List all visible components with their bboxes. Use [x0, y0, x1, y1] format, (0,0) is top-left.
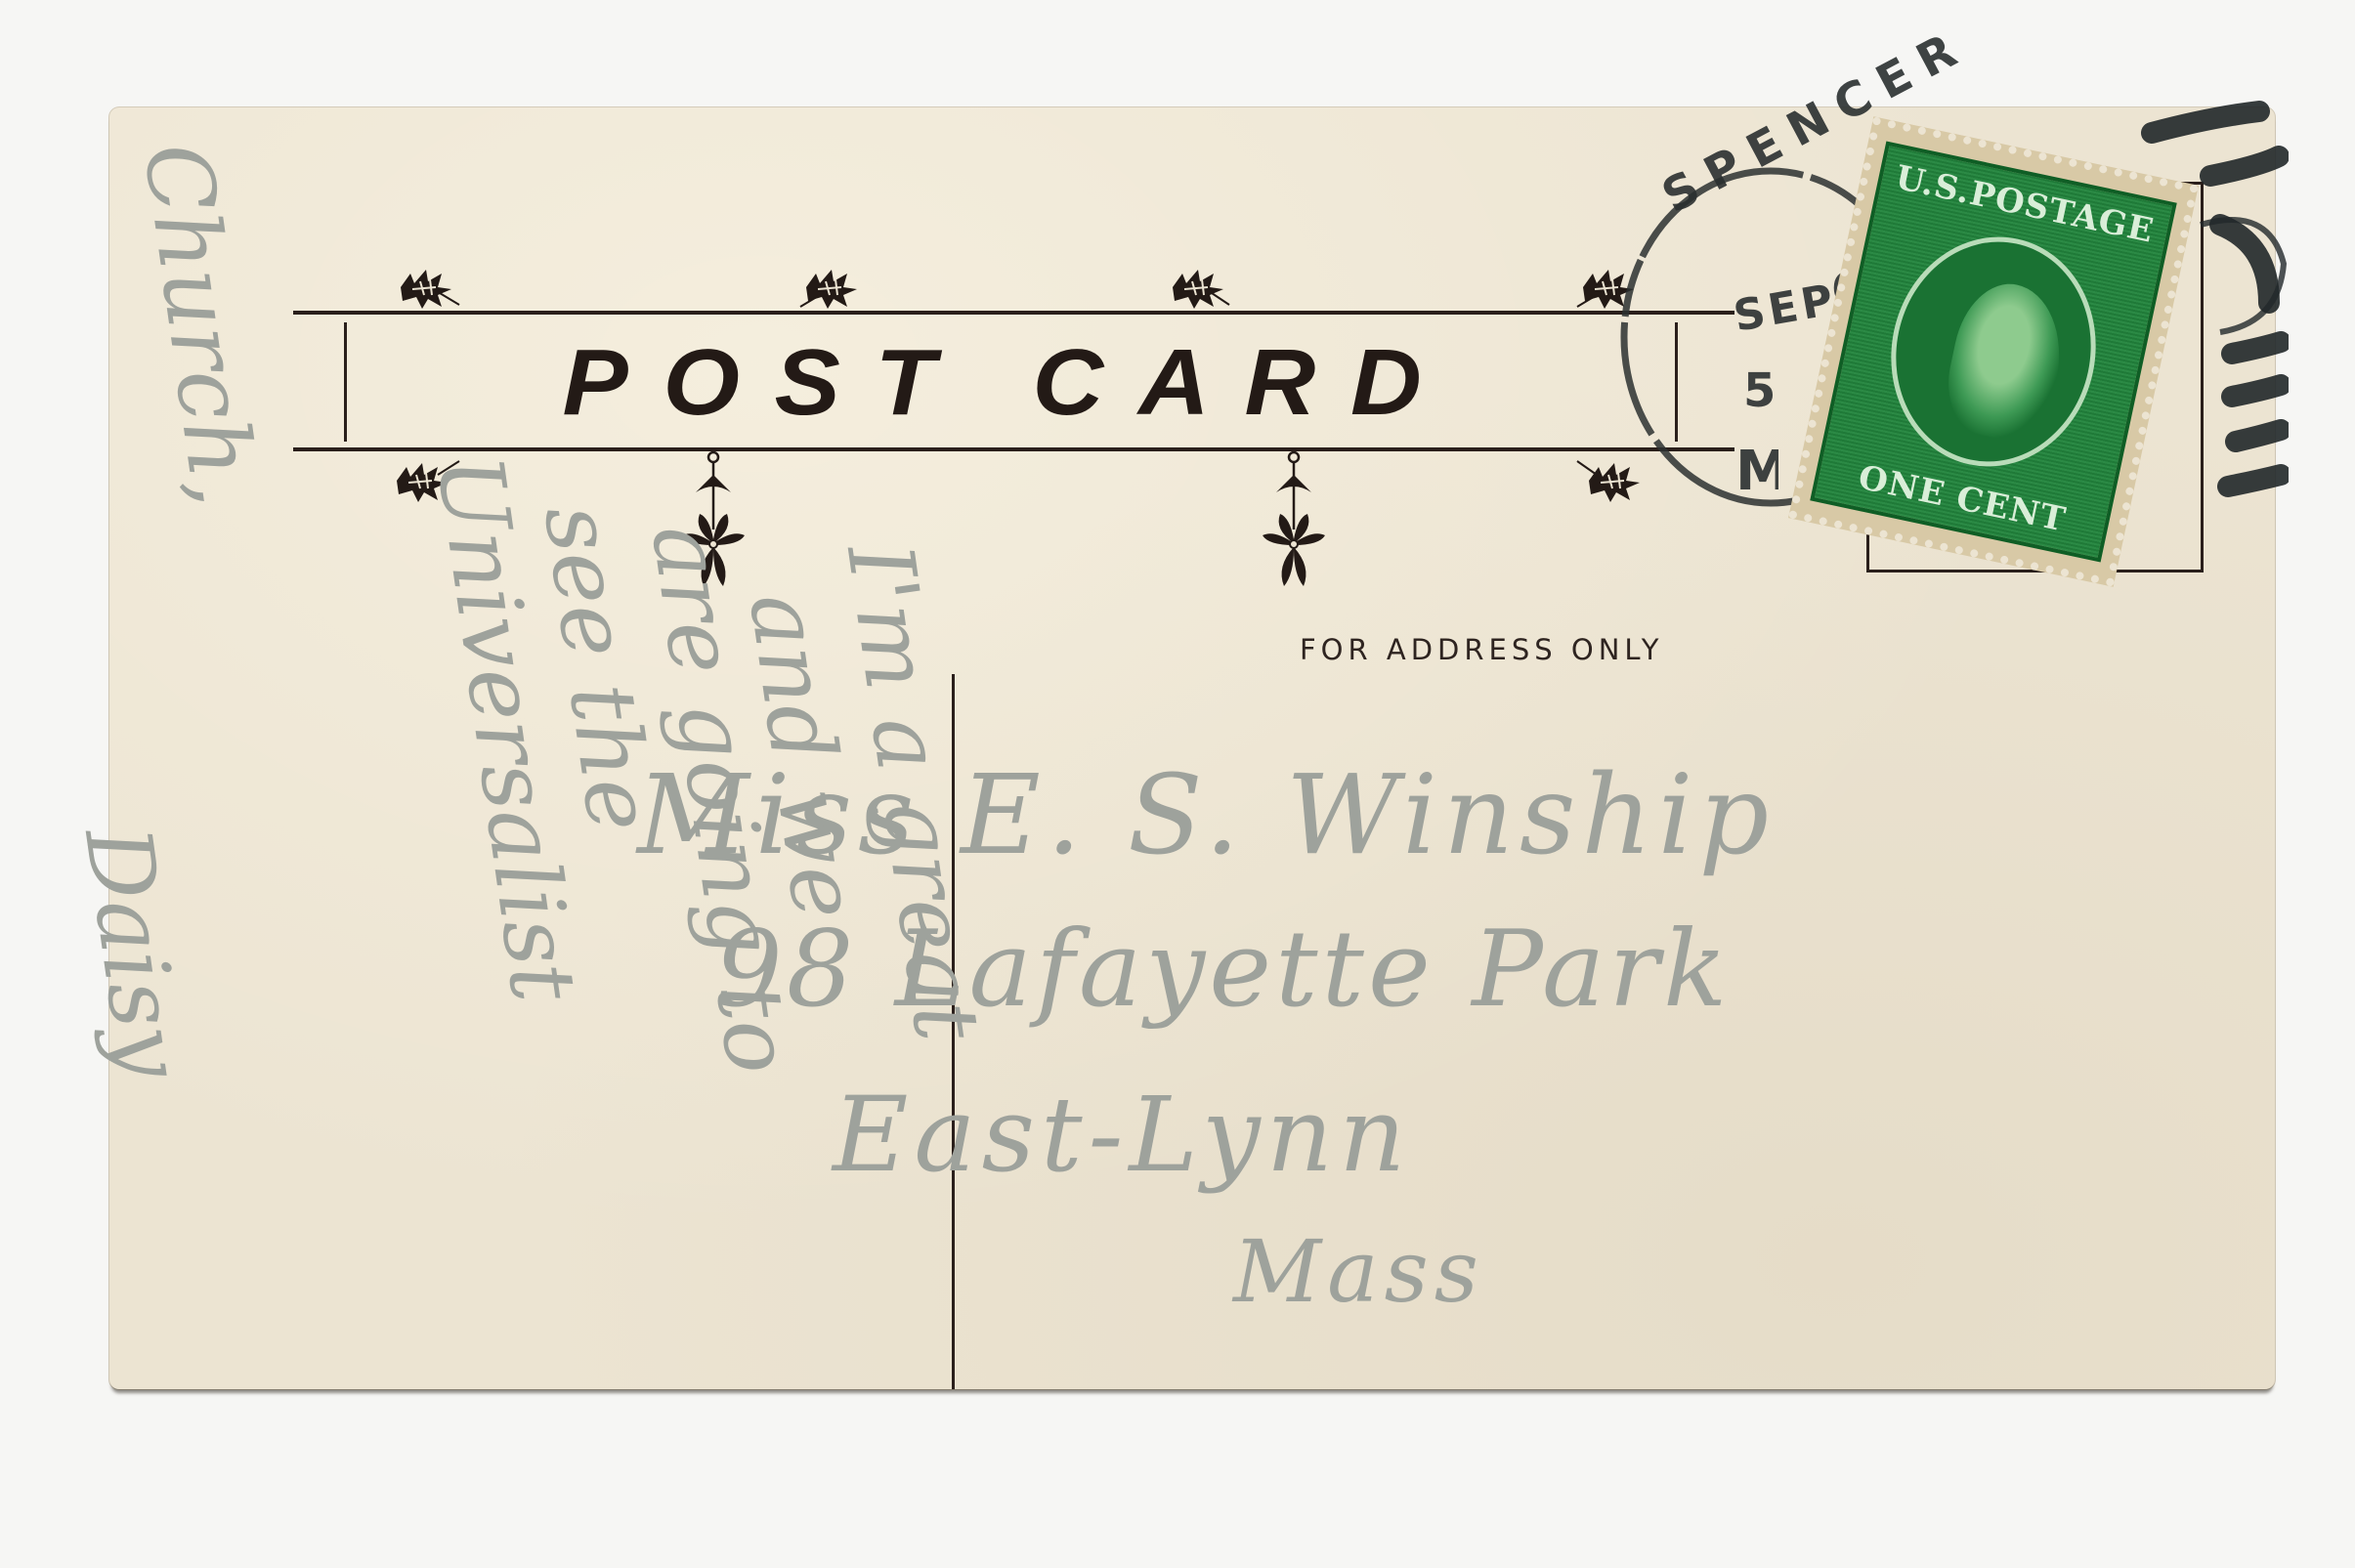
cancellation-bars: [2005, 98, 2289, 557]
ribbon-bow-icon: [1255, 451, 1333, 598]
holly-leaf-icon: [393, 266, 461, 311]
address-line-state: Mass: [1233, 1221, 1484, 1322]
holly-leaf-icon: [798, 266, 867, 311]
banner-top-rule: [293, 311, 1734, 315]
address-line-city: East-Lynn: [833, 1075, 1411, 1195]
postmark-state: MASS: [1735, 440, 1778, 503]
message-signature: Daisy: [64, 821, 203, 1084]
postcard: POST CARD: [109, 107, 2275, 1389]
postmark-hour: 5: [1743, 363, 1776, 418]
holly-leaf-icon: [1165, 266, 1233, 311]
address-only-label: FOR ADDRESS ONLY: [1300, 633, 1663, 666]
address-line-street: 98 Lafayette Park: [715, 909, 1731, 1031]
message-line: Church,: [123, 137, 278, 512]
postcard-heading: POST CARD: [311, 324, 1708, 442]
